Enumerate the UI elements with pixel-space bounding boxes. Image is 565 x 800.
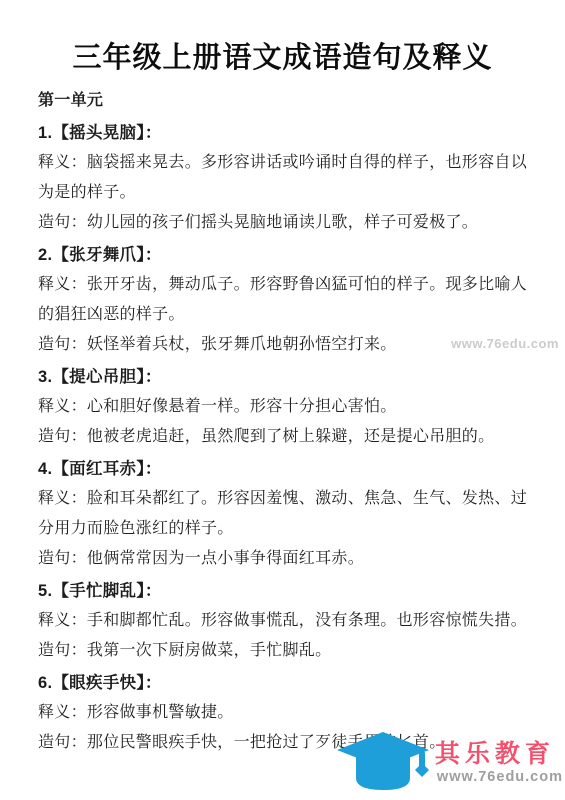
idiom-definition: 释义：心和胆好像悬着一样。形容十分担心害怕。 [38, 392, 535, 422]
unit-heading: 第一单元 [38, 86, 535, 116]
idiom-definition: 释义：手和脚都忙乱。形容做事慌乱，没有条理。也形容惊慌失措。 [38, 606, 535, 636]
idiom-heading: 2.【张牙舞爪】： [38, 240, 535, 270]
document-body: 第一单元 1.【摇头晃脑】： 释义：脑袋摇来晃去。多形容讲话或吟诵时自得的样子，… [0, 76, 565, 758]
page-title: 三年级上册语文成语造句及释义 [0, 40, 565, 76]
idiom-entry: 1.【摇头晃脑】： 释义：脑袋摇来晃去。多形容讲话或吟诵时自得的样子，也形容自以… [38, 118, 535, 238]
graduation-cap-icon [335, 730, 431, 796]
brand-name: 其乐教育 [435, 740, 555, 768]
idiom-entry: 3.【提心吊胆】： 释义：心和胆好像悬着一样。形容十分担心害怕。 造句：他被老虎… [38, 362, 535, 452]
brand-logo: 其乐教育 www.76edu.com [335, 730, 563, 796]
idiom-sentence: 造句：他被老虎追赶，虽然爬到了树上躲避，还是提心吊胆的。 [38, 422, 535, 452]
brand-text: 其乐教育 www.76edu.com [435, 740, 563, 786]
idiom-entry: 4.【面红耳赤】： 释义：脸和耳朵都红了。形容因羞愧、激动、焦急、生气、发热、过… [38, 454, 535, 574]
idiom-heading: 5.【手忙脚乱】： [38, 576, 535, 606]
idiom-sentence: 造句：幼儿园的孩子们摇头晃脑地诵读儿歌，样子可爱极了。 [38, 208, 535, 238]
idiom-sentence: 造句：我第一次下厨房做菜，手忙脚乱。 [38, 636, 535, 666]
idiom-heading: 4.【面红耳赤】： [38, 454, 535, 484]
document-page: 三年级上册语文成语造句及释义 第一单元 1.【摇头晃脑】： 释义：脑袋摇来晃去。… [0, 0, 565, 800]
idiom-entry: 5.【手忙脚乱】： 释义：手和脚都忙乱。形容做事慌乱，没有条理。也形容惊慌失措。… [38, 576, 535, 666]
idiom-sentence: 造句：他俩常常因为一点小事争得面红耳赤。 [38, 544, 535, 574]
brand-url: www.76edu.com [437, 768, 563, 786]
idiom-definition: 释义：脑袋摇来晃去。多形容讲话或吟诵时自得的样子，也形容自以为是的样子。 [38, 148, 535, 208]
idiom-definition: 释义：脸和耳朵都红了。形容因羞愧、激动、焦急、生气、发热、过分用力而脸色涨红的样… [38, 484, 535, 544]
idiom-heading: 1.【摇头晃脑】： [38, 118, 535, 148]
watermark-url: www.76edu.com [451, 336, 559, 351]
idiom-heading: 6.【眼疾手快】： [38, 668, 535, 698]
idiom-definition: 释义：张开牙齿，舞动瓜子。形容野鲁凶猛可怕的样子。现多比喻人的猖狂凶恶的样子。 [38, 270, 535, 330]
idiom-heading: 3.【提心吊胆】： [38, 362, 535, 392]
idiom-definition: 释义：形容做事机警敏捷。 [38, 698, 535, 728]
